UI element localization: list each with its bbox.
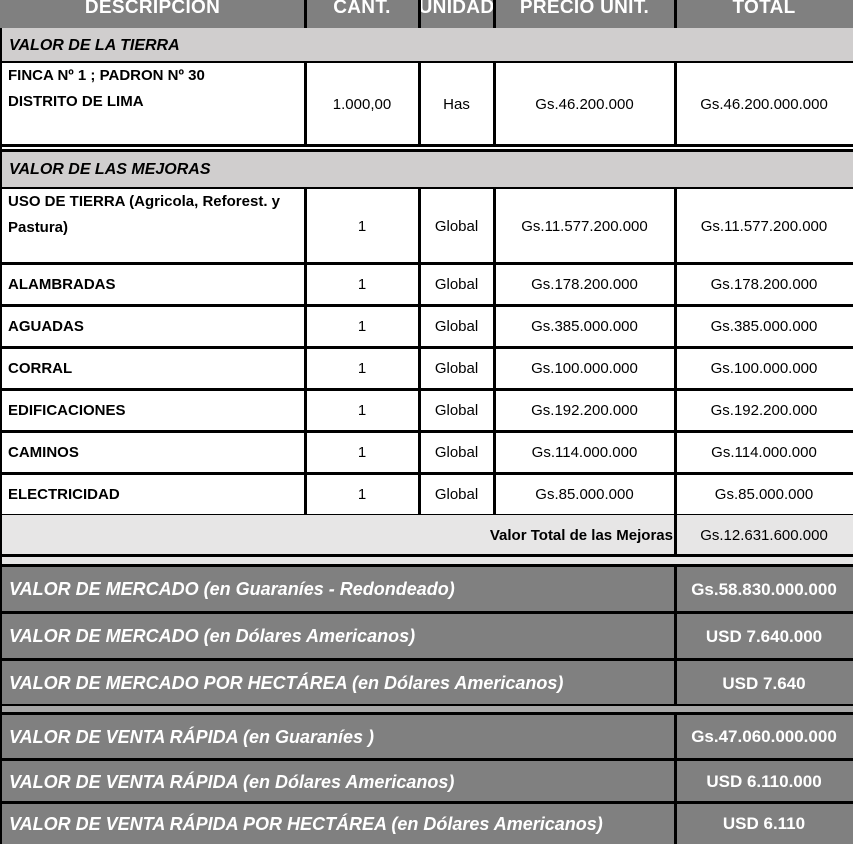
- row-description: CAMINOS: [0, 433, 305, 472]
- section-improvements: VALOR DE LAS MEJORAS: [0, 152, 853, 188]
- table-left-border: [0, 28, 2, 844]
- row-total: Gs.114.000.000: [675, 433, 853, 472]
- row-unit-price: Gs.114.000.000: [494, 433, 675, 472]
- row-quantity: 1: [305, 391, 419, 430]
- row-quantity: 1: [305, 349, 419, 388]
- row-unit: Has: [419, 63, 494, 146]
- improvements-total-row: Valor Total de las Mejoras Gs.12.631.600…: [0, 515, 853, 555]
- table-row: CORRAL1GlobalGs.100.000.000Gs.100.000.00…: [0, 349, 853, 388]
- table-row: ELECTRICIDAD1GlobalGs.85.000.000Gs.85.00…: [0, 475, 853, 514]
- quick-sale-amount: USD 6.110.000: [675, 761, 853, 803]
- market-value-per-hectare-row: VALOR DE MERCADO POR HECTÁREA (en Dólare…: [0, 661, 853, 706]
- table-row: CAMINOS1GlobalGs.114.000.000Gs.114.000.0…: [0, 433, 853, 472]
- row-unit: Global: [419, 475, 494, 514]
- header-quantity: CANT.: [305, 0, 419, 28]
- description-line: Pastura): [8, 215, 68, 241]
- quick-sale-guaranies-row: VALOR DE VENTA RÁPIDA (en Guaraníes ) Gs…: [0, 715, 853, 759]
- quick-sale-label: VALOR DE VENTA RÁPIDA (en Guaraníes ): [9, 715, 374, 759]
- description-line: DISTRITO DE LIMA: [8, 89, 144, 115]
- row-total: Gs.11.577.200.000: [675, 189, 853, 263]
- row-total: Gs.100.000.000: [675, 349, 853, 388]
- row-unit-price: Gs.192.200.000: [494, 391, 675, 430]
- row-unit-price: Gs.385.000.000: [494, 307, 675, 346]
- row-description: CORRAL: [0, 349, 305, 388]
- market-value-label: VALOR DE MERCADO (en Guaraníes - Redonde…: [9, 567, 455, 612]
- row-description: FINCA Nº 1 ; PADRON Nº 30 DISTRITO DE LI…: [0, 63, 305, 146]
- quick-sale-usd-row: VALOR DE VENTA RÁPIDA (en Dólares Americ…: [0, 761, 853, 803]
- table-row: EDIFICACIONES1GlobalGs.192.200.000Gs.192…: [0, 391, 853, 430]
- quick-sale-per-hectare-row: VALOR DE VENTA RÁPIDA POR HECTÁREA (en D…: [0, 804, 853, 844]
- row-description: ALAMBRADAS: [0, 265, 305, 304]
- row-unit-price: Gs.11.577.200.000: [494, 189, 675, 263]
- table-row: AGUADAS1GlobalGs.385.000.000Gs.385.000.0…: [0, 307, 853, 346]
- row-quantity: 1: [305, 307, 419, 346]
- row-description: AGUADAS: [0, 307, 305, 346]
- market-value-guaranies-row: VALOR DE MERCADO (en Guaraníes - Redonde…: [0, 567, 853, 612]
- section-improvements-title: VALOR DE LAS MEJORAS: [9, 152, 211, 188]
- row-unit-price: Gs.46.200.000: [494, 63, 675, 146]
- row-description: ELECTRICIDAD: [0, 475, 305, 514]
- row-total: Gs.192.200.000: [675, 391, 853, 430]
- improvements-total-label: Valor Total de las Mejoras: [0, 515, 675, 555]
- quick-sale-amount: Gs.47.060.000.000: [675, 715, 853, 759]
- market-value-amount: USD 7.640: [675, 661, 853, 706]
- header-total: TOTAL: [675, 0, 853, 28]
- description-line: USO DE TIERRA (Agricola, Reforest. y: [8, 189, 280, 215]
- market-value-usd-row: VALOR DE MERCADO (en Dólares Americanos)…: [0, 614, 853, 659]
- table-row: ALAMBRADAS1GlobalGs.178.200.000Gs.178.20…: [0, 265, 853, 304]
- market-value-label: VALOR DE MERCADO (en Dólares Americanos): [9, 614, 415, 659]
- market-value-label: VALOR DE MERCADO POR HECTÁREA (en Dólare…: [9, 661, 563, 706]
- row-total: Gs.46.200.000.000: [675, 63, 853, 146]
- row-unit: Global: [419, 265, 494, 304]
- row-unit: Global: [419, 433, 494, 472]
- row-quantity: 1: [305, 475, 419, 514]
- header-unit-price: PRECIO UNIT.: [494, 0, 675, 28]
- row-unit-price: Gs.100.000.000: [494, 349, 675, 388]
- table-row: FINCA Nº 1 ; PADRON Nº 30 DISTRITO DE LI…: [0, 63, 853, 146]
- table-row: USO DE TIERRA (Agricola, Reforest. y Pas…: [0, 189, 853, 263]
- section-land-title: VALOR DE LA TIERRA: [9, 28, 180, 63]
- row-description: EDIFICACIONES: [0, 391, 305, 430]
- market-value-amount: USD 7.640.000: [675, 614, 853, 659]
- row-unit: Global: [419, 189, 494, 263]
- market-value-amount: Gs.58.830.000.000: [675, 567, 853, 612]
- row-description: USO DE TIERRA (Agricola, Reforest. y Pas…: [0, 189, 305, 263]
- header-unit: UNIDAD: [419, 0, 494, 28]
- row-unit: Global: [419, 349, 494, 388]
- row-quantity: 1: [305, 189, 419, 263]
- row-total: Gs.85.000.000: [675, 475, 853, 514]
- quick-sale-label: VALOR DE VENTA RÁPIDA (en Dólares Americ…: [9, 761, 454, 803]
- row-unit: Global: [419, 391, 494, 430]
- row-total: Gs.385.000.000: [675, 307, 853, 346]
- quick-sale-amount: USD 6.110: [675, 804, 853, 844]
- section-land: VALOR DE LA TIERRA: [0, 28, 853, 63]
- row-unit-price: Gs.178.200.000: [494, 265, 675, 304]
- valuation-table: DESCRIPCION CANT. UNIDAD PRECIO UNIT. TO…: [0, 0, 853, 844]
- header-description: DESCRIPCION: [0, 0, 305, 28]
- description-line: FINCA Nº 1 ; PADRON Nº 30: [8, 63, 205, 89]
- row-unit-price: Gs.85.000.000: [494, 475, 675, 514]
- row-total: Gs.178.200.000: [675, 265, 853, 304]
- row-quantity: 1: [305, 265, 419, 304]
- improvements-total-value: Gs.12.631.600.000: [675, 515, 853, 555]
- row-unit: Global: [419, 307, 494, 346]
- quick-sale-label: VALOR DE VENTA RÁPIDA POR HECTÁREA (en D…: [9, 804, 603, 844]
- table-header: DESCRIPCION CANT. UNIDAD PRECIO UNIT. TO…: [0, 0, 853, 28]
- row-quantity: 1.000,00: [305, 63, 419, 146]
- row-quantity: 1: [305, 433, 419, 472]
